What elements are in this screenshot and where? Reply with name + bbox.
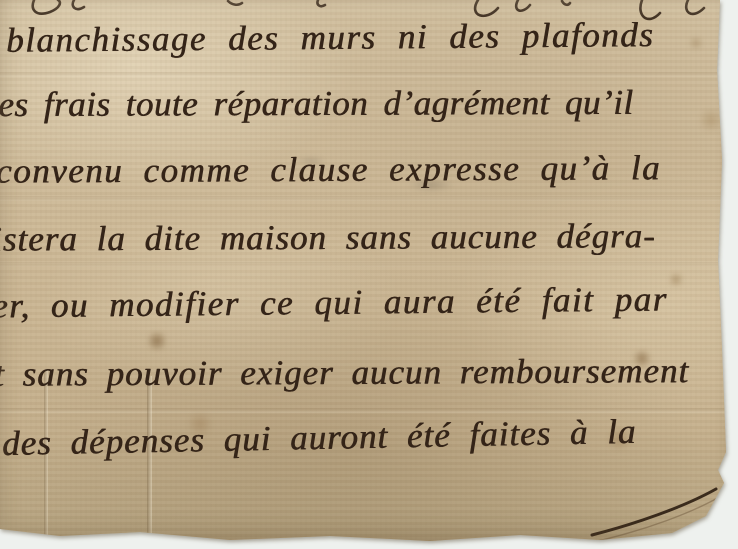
horizontal-crease [0, 262, 738, 267]
horizontal-crease [0, 408, 738, 413]
corner-flourish-stroke [592, 489, 721, 541]
handwritten-line: istera la dite maison sans aucune dégra- [0, 216, 656, 259]
paper-stain [186, 412, 214, 436]
paper-stain [688, 36, 704, 50]
paper-shadow-wrap: blanchissage des murs ni des plafonds te… [0, 0, 738, 549]
handwritten-line: er, ou modifier ce qui aura été fait par [0, 279, 668, 326]
ink-stain [146, 331, 168, 351]
handwritten-line: tes frais toute réparation d’agrément qu… [0, 83, 634, 125]
manuscript-paper: blanchissage des murs ni des plafonds te… [0, 0, 738, 549]
handwritten-line: t sans pouvoir exiger aucun remboursemen… [0, 351, 689, 395]
horizontal-crease [0, 196, 738, 201]
handwritten-line: convenu comme clause expresse qu’à la [0, 148, 661, 191]
ink-marks-overlay [0, 0, 738, 549]
cut-off-line-descenders [33, 0, 704, 19]
ink-stain [668, 272, 684, 287]
vertical-fold-crease [147, 376, 152, 549]
smudge-mark [408, 178, 454, 192]
paper-stain [606, 428, 632, 450]
vertical-fold-crease [44, 370, 48, 549]
handwritten-line: blanchissage des murs ni des plafonds [6, 15, 654, 61]
handwritten-line: des dépenses qui auront été faites à la [2, 412, 637, 464]
ink-stain [632, 349, 652, 368]
smudge-mark [296, 156, 326, 166]
horizontal-crease [0, 72, 738, 77]
scanned-manuscript-scene: blanchissage des murs ni des plafonds te… [0, 0, 738, 549]
paper-stain [698, 108, 724, 132]
